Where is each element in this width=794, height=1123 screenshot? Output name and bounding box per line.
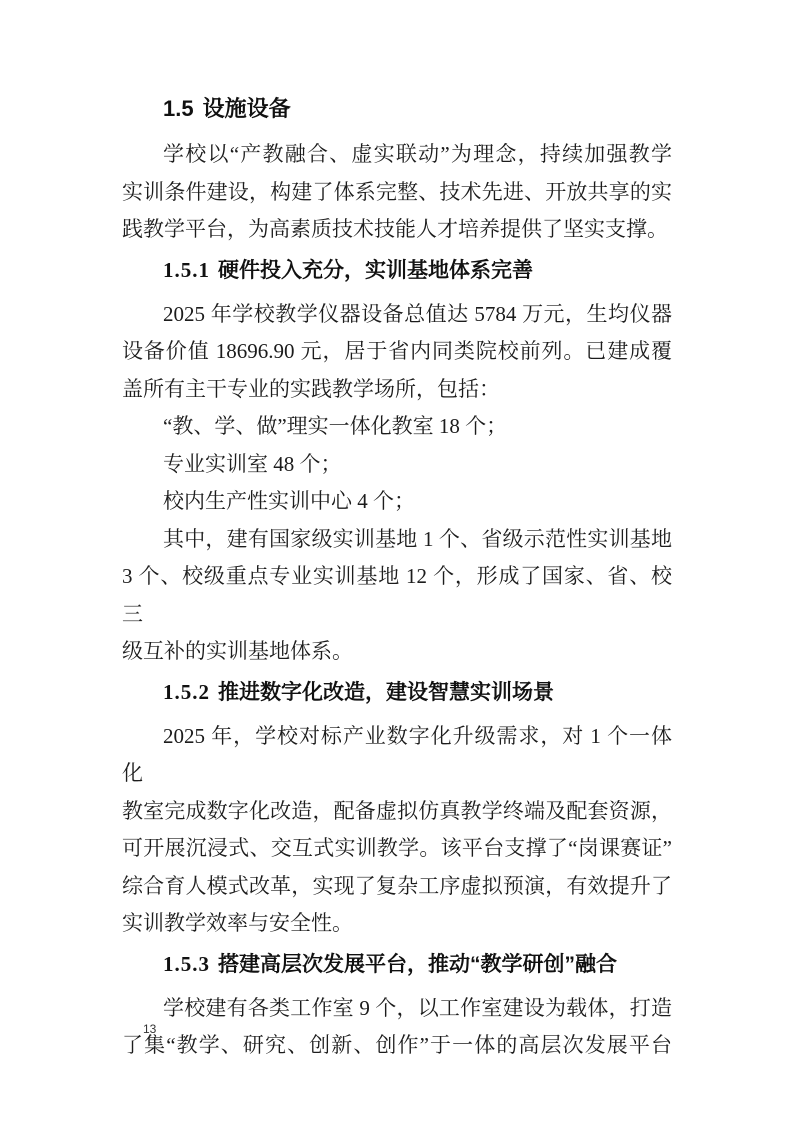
text-line: 实训条件建设，构建了体系完整、技术先进、开放共享的实 bbox=[122, 174, 672, 212]
text-line: 级互补的实训基地体系。 bbox=[122, 633, 672, 671]
subsection-heading-1.5.2: 1.5.2推进数字化改造，建设智慧实训场景 bbox=[122, 676, 672, 709]
text-line: 学校建有各类工作室 9 个，以工作室建设为载体，打造 bbox=[122, 990, 672, 1028]
paragraph: 2025 年，学校对标产业数字化升级需求，对 1 个一体化教室完成数字化改造，配… bbox=[122, 718, 672, 943]
paragraph: “教、学、做”理实一体化教室 18 个； bbox=[122, 408, 672, 446]
text-line: 3 个、校级重点专业实训基地 12 个，形成了国家、省、校三 bbox=[122, 558, 672, 633]
text-line: 可开展沉浸式、交互式实训教学。该平台支撑了“岗课赛证” bbox=[122, 830, 672, 868]
text-line: 其中，建有国家级实训基地 1 个、省级示范性实训基地 bbox=[122, 521, 672, 559]
heading-number: 1.5.3 bbox=[163, 952, 210, 976]
text-line: “教、学、做”理实一体化教室 18 个； bbox=[122, 408, 672, 446]
paragraph: 专业实训室 48 个； bbox=[122, 446, 672, 484]
text-line: 2025 年学校教学仪器设备总值达 5784 万元，生均仪器 bbox=[122, 296, 672, 334]
document-page: 1.5设施设备学校以“产教融合、虚实联动”为理念，持续加强教学实训条件建设，构建… bbox=[0, 0, 794, 1123]
heading-number: 1.5.2 bbox=[163, 680, 210, 704]
text-line: 设备价值 18696.90 元，居于省内同类院校前列。已建成覆 bbox=[122, 333, 672, 371]
text-line: 盖所有主干专业的实践教学场所，包括： bbox=[122, 371, 672, 409]
text-line: 综合育人模式改革，实现了复杂工序虚拟预演，有效提升了 bbox=[122, 868, 672, 906]
heading-title: 硬件投入充分，实训基地体系完善 bbox=[218, 259, 533, 282]
text-line: 了集“教学、研究、创新、创作”于一体的高层次发展平台 bbox=[122, 1027, 672, 1065]
heading-title: 搭建高层次发展平台，推动“教学研创”融合 bbox=[218, 953, 617, 976]
text-line: 校内生产性实训中心 4 个； bbox=[122, 483, 672, 521]
heading-title: 推进数字化改造，建设智慧实训场景 bbox=[218, 681, 554, 704]
subsection-heading-1.5.1: 1.5.1硬件投入充分，实训基地体系完善 bbox=[122, 254, 672, 287]
document-content: 1.5设施设备学校以“产教融合、虚实联动”为理念，持续加强教学实训条件建设，构建… bbox=[122, 92, 672, 1065]
text-line: 教室完成数字化改造，配备虚拟仿真教学终端及配套资源， bbox=[122, 793, 672, 831]
heading-title: 设施设备 bbox=[203, 96, 291, 121]
text-line: 2025 年，学校对标产业数字化升级需求，对 1 个一体化 bbox=[122, 718, 672, 793]
paragraph: 校内生产性实训中心 4 个； bbox=[122, 483, 672, 521]
section-heading-1.5: 1.5设施设备 bbox=[122, 92, 672, 125]
heading-number: 1.5.1 bbox=[163, 258, 210, 282]
paragraph: 学校建有各类工作室 9 个，以工作室建设为载体，打造了集“教学、研究、创新、创作… bbox=[122, 990, 672, 1065]
paragraph: 2025 年学校教学仪器设备总值达 5784 万元，生均仪器设备价值 18696… bbox=[122, 296, 672, 409]
paragraph: 学校以“产教融合、虚实联动”为理念，持续加强教学实训条件建设，构建了体系完整、技… bbox=[122, 136, 672, 249]
text-line: 践教学平台，为高素质技术技能人才培养提供了坚实支撑。 bbox=[122, 211, 672, 249]
paragraph: 其中，建有国家级实训基地 1 个、省级示范性实训基地3 个、校级重点专业实训基地… bbox=[122, 521, 672, 671]
page-number: 13 bbox=[143, 1022, 156, 1036]
text-line: 实训教学效率与安全性。 bbox=[122, 905, 672, 943]
text-line: 专业实训室 48 个； bbox=[122, 446, 672, 484]
subsection-heading-1.5.3: 1.5.3搭建高层次发展平台，推动“教学研创”融合 bbox=[122, 948, 672, 981]
heading-number: 1.5 bbox=[163, 96, 194, 121]
text-line: 学校以“产教融合、虚实联动”为理念，持续加强教学 bbox=[122, 136, 672, 174]
